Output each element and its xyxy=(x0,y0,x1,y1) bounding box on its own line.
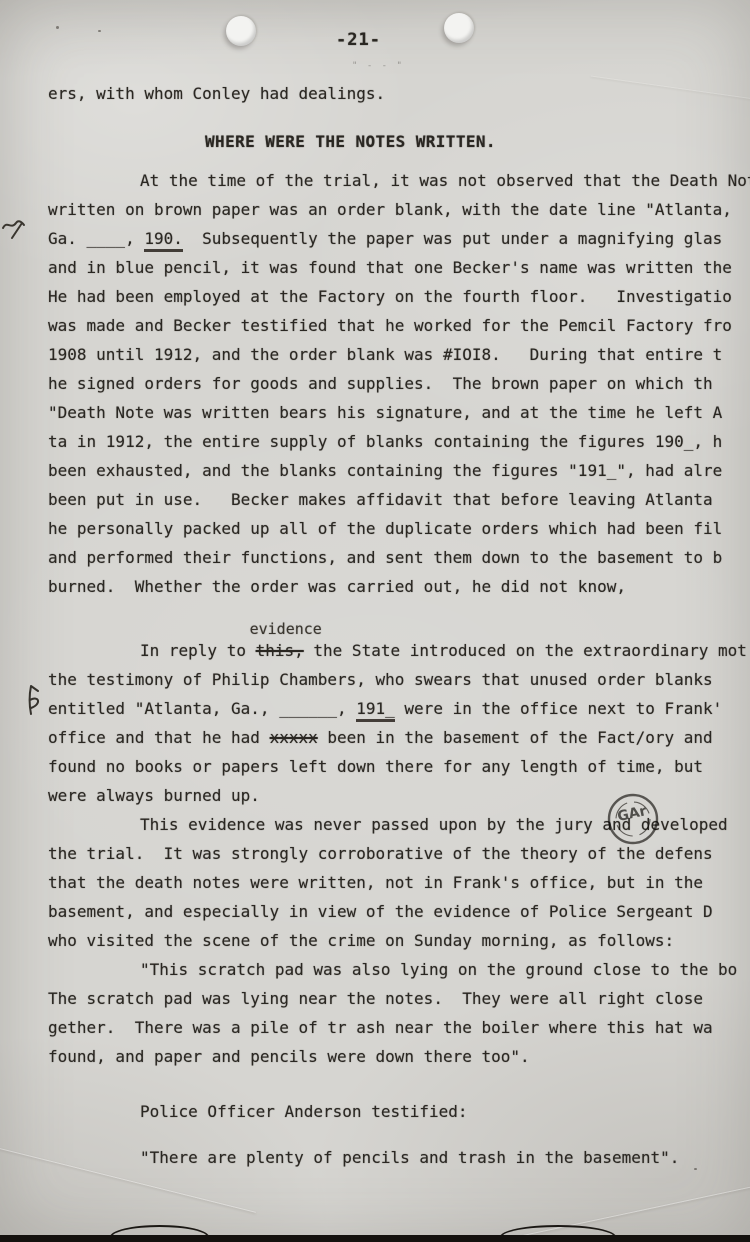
text-segment: Subsequently the paper was put under a m… xyxy=(183,229,722,248)
text-segment: found no books or papers left down there… xyxy=(48,757,703,776)
text-segment: was made and Becker testified that he wo… xyxy=(48,316,732,335)
text-segment: been put in use. Becker makes affidavit … xyxy=(48,490,713,509)
text-segment: In reply to xyxy=(140,641,256,660)
underlined-text: 190. xyxy=(144,229,183,252)
text-line: burned. Whether the order was carried ou… xyxy=(0,572,750,601)
text-segment: were in the office next to Frank' xyxy=(395,699,723,718)
underlined-text: 191_ xyxy=(356,699,395,722)
archive-stamp: GAr xyxy=(604,790,662,848)
section-heading: WHERE WERE THE NOTES WRITTEN. xyxy=(0,127,750,156)
text-line: and performed their functions, and sent … xyxy=(0,543,750,572)
paper-speck xyxy=(56,26,59,29)
text-segment: that the death notes were written, not i… xyxy=(48,873,703,892)
text-segment: ers, with whom Conley had dealings. xyxy=(48,84,385,103)
text-segment: the testimony of Philip Chambers, who sw… xyxy=(48,670,713,689)
text-segment: were always burned up. xyxy=(48,786,260,805)
text-segment: "There are plenty of pencils and trash i… xyxy=(140,1148,679,1167)
text-segment: written on brown paper was an order blan… xyxy=(48,200,732,219)
text-line: basement, and especially in view of the … xyxy=(0,897,750,926)
struck-text: this,evidence xyxy=(256,641,304,660)
text-segment: the State introduced on the extraordinar… xyxy=(304,641,747,660)
text-line: 1908 until 1912, and the order blank was… xyxy=(0,340,750,369)
text-segment: ta in 1912, the entire supply of blanks … xyxy=(48,432,722,451)
hole-punch xyxy=(444,13,474,43)
text-line: and in blue pencil, it was found that on… xyxy=(0,253,750,282)
faint-pencil-marks: " - - " xyxy=(352,61,404,71)
text-segment: found, and paper and pencils were down t… xyxy=(48,1047,530,1066)
handwritten-margin-mark-icon xyxy=(0,212,30,246)
text-segment: gether. There was a pile of tr ash near … xyxy=(48,1018,713,1037)
text-segment: WHERE WERE THE NOTES WRITTEN. xyxy=(205,132,496,151)
text-line: found no books or papers left down there… xyxy=(0,752,750,781)
text-line: At the time of the trial, it was not obs… xyxy=(0,166,750,195)
text-line: ta in 1912, the entire supply of blanks … xyxy=(0,427,750,456)
text-line: The scratch pad was lying near the notes… xyxy=(0,984,750,1013)
paper-speck xyxy=(98,30,101,32)
text-line: ers, with whom Conley had dealings. xyxy=(0,79,750,108)
text-line: he personally packed up all of the dupli… xyxy=(0,514,750,543)
text-segment: 1908 until 1912, and the order blank was… xyxy=(48,345,722,364)
text-line: the testimony of Philip Chambers, who sw… xyxy=(0,665,750,694)
text-line: office and that he had xxxxx been in the… xyxy=(0,723,750,752)
text-segment: "This scratch pad was also lying on the … xyxy=(140,960,737,979)
text-segment: and performed their functions, and sent … xyxy=(48,548,722,567)
text-segment: He had been employed at the Factory on t… xyxy=(48,287,732,306)
document-text: ers, with whom Conley had dealings.WHERE… xyxy=(0,79,750,1172)
text-line: been put in use. Becker makes affidavit … xyxy=(0,485,750,514)
text-segment: entitled "Atlanta, Ga., ______, xyxy=(48,699,356,718)
text-line: who visited the scene of the crime on Su… xyxy=(0,926,750,955)
page-number: -21- xyxy=(336,30,381,50)
text-segment: he personally packed up all of the dupli… xyxy=(48,519,722,538)
text-line: gether. There was a pile of tr ash near … xyxy=(0,1013,750,1042)
text-line: found, and paper and pencils were down t… xyxy=(0,1042,750,1071)
text-segment: At the time of the trial, it was not obs… xyxy=(140,171,750,190)
text-line: was made and Becker testified that he wo… xyxy=(0,311,750,340)
text-line: In reply to this,evidence the State intr… xyxy=(0,636,750,665)
text-line: He had been employed at the Factory on t… xyxy=(0,282,750,311)
text-line: that the death notes were written, not i… xyxy=(0,868,750,897)
text-line: "There are plenty of pencils and trash i… xyxy=(0,1143,750,1172)
text-segment: been exhausted, and the blanks containin… xyxy=(48,461,722,480)
text-segment: who visited the scene of the crime on Su… xyxy=(48,931,674,950)
text-segment: "Death Note was written bears his signat… xyxy=(48,403,722,422)
text-segment: Police Officer Anderson testified: xyxy=(140,1102,468,1121)
hole-punch xyxy=(226,16,256,46)
typed-insertion: evidence xyxy=(250,622,322,637)
text-line: entitled "Atlanta, Ga., ______, 191_ wer… xyxy=(0,694,750,723)
text-segment: office and that he had xyxy=(48,728,270,747)
text-segment: and in blue pencil, it was found that on… xyxy=(48,258,732,277)
text-segment: Ga. ____, xyxy=(48,229,144,248)
scan-edge xyxy=(0,1235,750,1242)
text-line: he signed orders for goods and supplies.… xyxy=(0,369,750,398)
text-segment: been in the basement of the Fact/ory and xyxy=(318,728,713,747)
text-line: written on brown paper was an order blan… xyxy=(0,195,750,224)
handwritten-margin-mark-icon xyxy=(22,682,50,722)
text-segment: burned. Whether the order was carried ou… xyxy=(48,577,626,596)
text-segment: The scratch pad was lying near the notes… xyxy=(48,989,703,1008)
text-line: "Death Note was written bears his signat… xyxy=(0,398,750,427)
text-line: been exhausted, and the blanks containin… xyxy=(0,456,750,485)
text-line: "This scratch pad was also lying on the … xyxy=(0,955,750,984)
text-line: Ga. ____, 190. Subsequently the paper wa… xyxy=(0,224,750,253)
document-page: -21- " - - " ers, with whom Conley had d… xyxy=(0,0,750,1242)
paper-speck xyxy=(694,1168,697,1170)
text-segment: he signed orders for goods and supplies.… xyxy=(48,374,713,393)
text-segment: basement, and especially in view of the … xyxy=(48,902,713,921)
struck-text: xxxxx xyxy=(270,728,318,747)
text-line: Police Officer Anderson testified: xyxy=(0,1097,750,1126)
